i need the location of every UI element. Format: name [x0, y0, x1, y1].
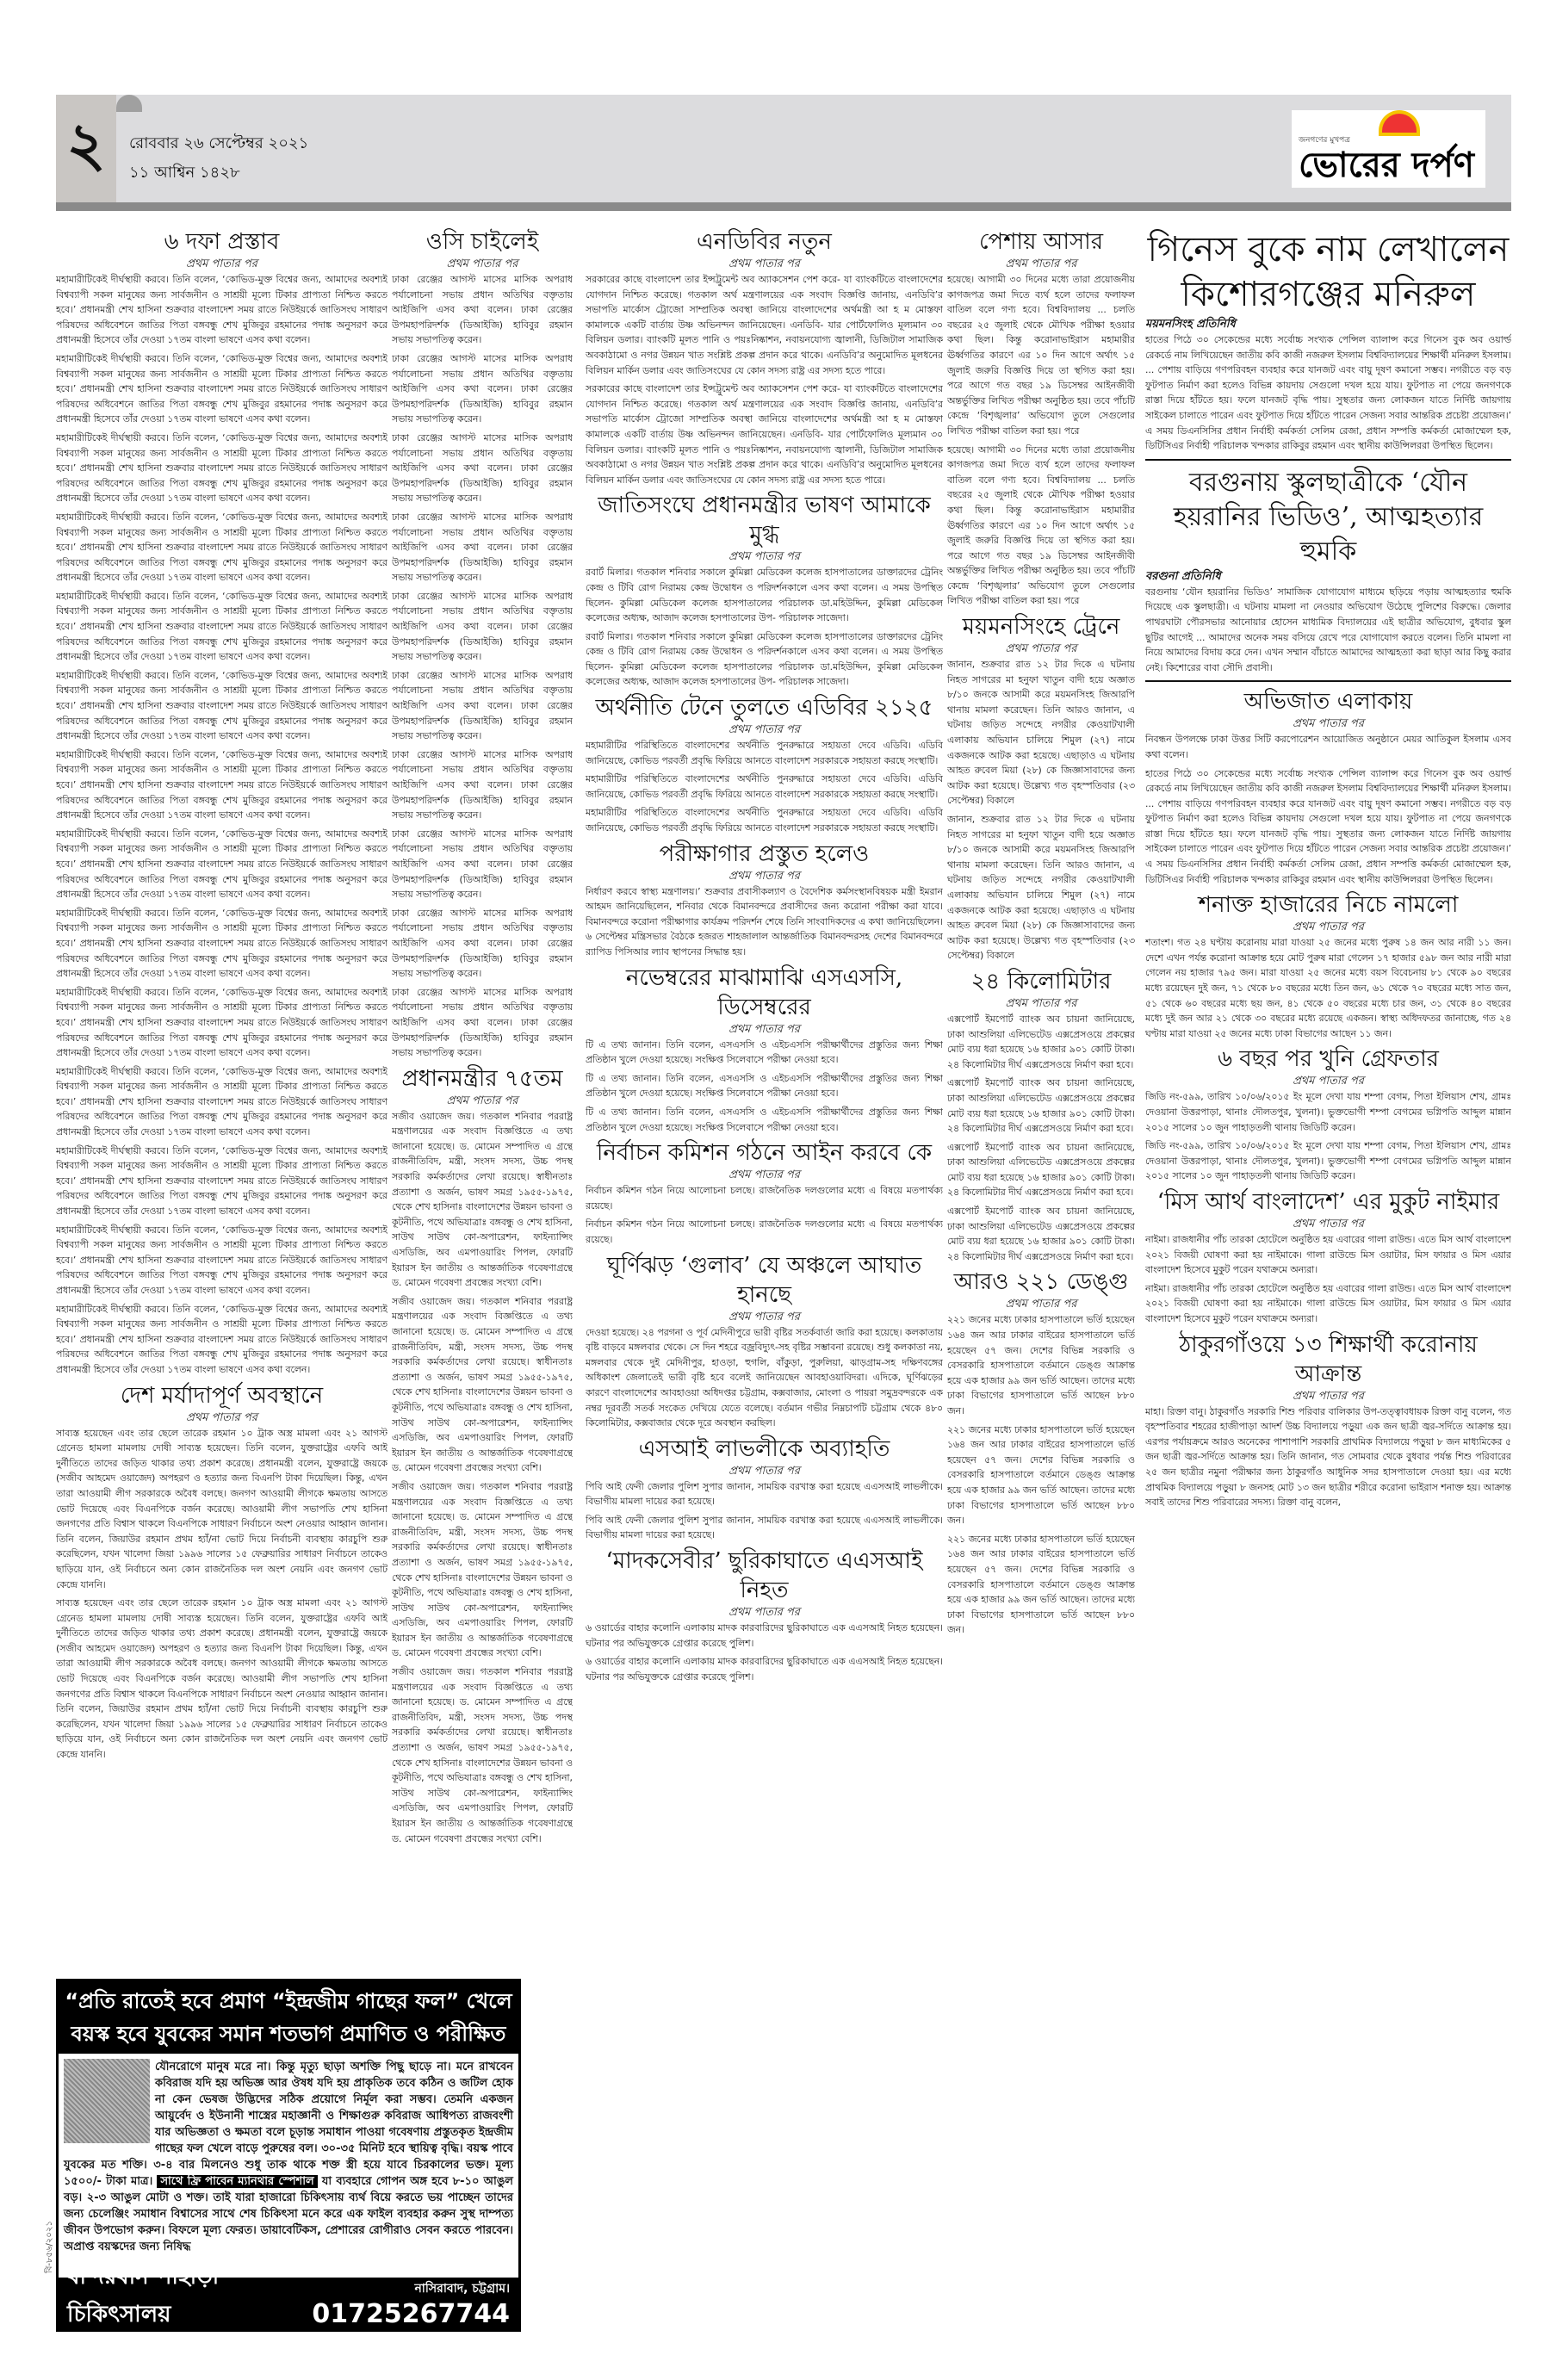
- sun-icon: [1382, 114, 1417, 133]
- ad-photo: [64, 2059, 150, 2143]
- article-body-filler: মহামারীটিকেই দীর্ঘস্থায়ী করবে। তিনি বলে…: [56, 510, 387, 586]
- article-body: হয়েছে। আগামী ৩০ দিনের মধ্যে তারা প্রয়ো…: [947, 272, 1135, 439]
- article-body-filler: এক্সপোর্ট ইমপোর্ট ব্যাংক অব চায়না জানিয…: [947, 1075, 1135, 1136]
- continuation-label: প্রথম পাতার পর: [586, 722, 943, 738]
- article-body-filler: মহামারীটির পরিস্থিতিতে বাংলাদেশের অর্থনী…: [586, 805, 943, 835]
- article-body: জিডি নং-৫৯৯, তারিখ ১০/০৬/২০১৫ ইং মূলে দে…: [1145, 1089, 1511, 1135]
- headline-ndb-new[interactable]: এনডিবির নতুন: [586, 227, 943, 257]
- continuation-label: প্রথম পাতার পর: [586, 1022, 943, 1038]
- article-body-filler: সজীব ওয়াজেদ জয়। গতকাল শনিবার পররাষ্ট্র…: [392, 1479, 573, 1661]
- article-body-filler: মহামারীটির পরিস্থিতিতে বাংলাদেশের অর্থনী…: [586, 772, 943, 802]
- logo-name: ভোরের দর্পণ: [1299, 146, 1474, 184]
- article-body: সরকারের কাছে বাংলাদেশ তার ইন্সট্রুমেন্ট …: [586, 272, 943, 378]
- article-body: মহামারীটিকেই দীর্ঘস্থায়ী করবে। তিনি বলে…: [56, 272, 387, 348]
- ad-code: বি-৮৫৬/২০২১: [43, 2221, 58, 2273]
- article-body: ঢাকা রেঞ্জের আগস্ট মাসের মাসিক অপরাধ পর্…: [392, 272, 573, 348]
- article-body-filler: ঢাকা রেঞ্জের আগস্ট মাসের মাসিক অপরাধ পর্…: [392, 510, 573, 586]
- article-body-filler: ঢাকা রেঞ্জের আগস্ট মাসের মাসিক অপরাধ পর্…: [392, 351, 573, 427]
- continuation-label: প্রথম পাতার পর: [586, 869, 943, 884]
- article-body: মাহা। রিক্তা বানু। ঠাকুরগাঁও সরকারি শিশু…: [1145, 1404, 1511, 1510]
- article-body-filler: সরকারের কাছে বাংলাদেশ তার ইন্সট্রুমেন্ট …: [586, 381, 943, 487]
- headline-asi-lovely[interactable]: এসআই লাভলীকে অব্যাহতি: [586, 1435, 943, 1464]
- ad-highlight: সাথে ফ্রি পাবেন ম্যানথার স্পেশাল: [157, 2175, 317, 2188]
- continuation-label: প্রথম পাতার পর: [1145, 920, 1511, 935]
- divider: [1145, 680, 1511, 682]
- column-1: ৬ দফা প্রস্তাব প্রথম পাতার পর মহামারীটিক…: [56, 224, 387, 1972]
- article-body: নির্বাচন কমিশন গঠন নিয়ে আলোচনা চলছে। রা…: [586, 1183, 943, 1213]
- article-body: সাব্যস্ত হয়েছেন এবং তার ছেলে তারেক রহমা…: [56, 1426, 387, 1593]
- headline-barguna-video[interactable]: বরগুনায় স্কুলছাত্রীকে ‘যৌন হয়রানির ভিড…: [1145, 466, 1511, 569]
- ad-headline: “প্রতি রাতেই হবে প্রমাণ “ইন্দ্রজীম গাছের…: [59, 1981, 518, 2054]
- article-body-filler: নির্বাচন কমিশন গঠন নিয়ে আলোচনা চলছে। রা…: [586, 1217, 943, 1247]
- continuation-label: প্রথম পাতার পর: [1145, 1074, 1511, 1089]
- article-body-filler: মহামারীটিকেই দীর্ঘস্থায়ী করবে। তিনি বলে…: [56, 1223, 387, 1298]
- continuation-label: প্রথম পাতার পর: [1145, 1217, 1511, 1232]
- article-body-filler: ঢাকা রেঞ্জের আগস্ট মাসের মাসিক অপরাধ পর্…: [392, 589, 573, 665]
- byline: বরগুনা প্রতিনিধি: [1145, 569, 1511, 585]
- article-body-filler: মহামারীটিকেই দীর্ঘস্থায়ী করবে। তিনি বলে…: [56, 1144, 387, 1219]
- article-body-filler: সজীব ওয়াজেদ জয়। গতকাল শনিবার পররাষ্ট্র…: [392, 1294, 573, 1476]
- article-body-filler: ২২১ জনের মধ্যে ঢাকার হাসপাতালে ভর্তি হয়…: [947, 1532, 1135, 1638]
- headline-adb-economy[interactable]: অর্থনীতি টেনে তুলতে এডিবির ২১২৫: [586, 693, 943, 722]
- continuation-label: প্রথম পাতার পর: [1145, 1389, 1511, 1404]
- article-body-filler: ২২১ জনের মধ্যে ঢাকার হাসপাতালে ভর্তি হয়…: [947, 1422, 1135, 1528]
- continuation-label: প্রথম পাতার পর: [586, 1605, 943, 1621]
- date-gregorian: রোববার ২৬ সেপ্টেম্বর ২০২১: [129, 129, 308, 158]
- headline-miss-earth[interactable]: ‘মিস আর্থ বাংলাদেশ’ এর মুকুট নাইমার: [1145, 1187, 1511, 1217]
- byline: ময়মনসিংহ প্রতিনিধি: [1145, 317, 1511, 332]
- article-body: জানান, শুক্রবার রাত ১২ টার দিকে এ ঘটনায়…: [947, 657, 1135, 809]
- article-body-filler: ঢাকা রেঞ্জের আগস্ট মাসের মাসিক অপরাধ পর্…: [392, 827, 573, 902]
- continuation-label: প্রথম পাতার পর: [56, 1410, 387, 1426]
- masthead: ২ রোববার ২৬ সেপ্টেম্বর ২০২১ ১১ আশ্বিন ১৪…: [56, 95, 1511, 211]
- article-body-filler: মহামারীটিকেই দীর্ঘস্থায়ী করবে। তিনি বলে…: [56, 431, 387, 506]
- article-body-filler: মহামারীটিকেই দীর্ঘস্থায়ী করবে। তিনি বলে…: [56, 589, 387, 665]
- article-body-filler: ৬ ওয়ার্ডের বাহার কলোনি এলাকায় মাদক কার…: [586, 1654, 943, 1684]
- headline-six-point[interactable]: ৬ দফা প্রস্তাব: [56, 227, 387, 257]
- article-body-filler: এক্সপোর্ট ইমপোর্ট ব্যাংক অব চায়না জানিয…: [947, 1204, 1135, 1264]
- article-body-filler: নাইমা। রাজধানীর পাঁচ তারকা হোটেলে অনুষ্ঠ…: [1145, 1281, 1511, 1327]
- continuation-label: প্রথম পাতার পর: [586, 1464, 943, 1479]
- issue-date: রোববার ২৬ সেপ্টেম্বর ২০২১ ১১ আশ্বিন ১৪২৮: [129, 129, 308, 188]
- article-body: ২২১ জনের মধ্যে ঢাকার হাসপাতালে ভর্তি হয়…: [947, 1312, 1135, 1418]
- article-body: এক্সপোর্ট ইমপোর্ট ব্যাংক অব চায়না জানিয…: [947, 1012, 1135, 1072]
- headline-lab-ready[interactable]: পরীক্ষাগার প্রস্তুত হলেও: [586, 840, 943, 869]
- headline-addict-stab[interactable]: ‘মাদকসেবীর’ ছুরিকাঘাতে এএসআই নিহত: [586, 1546, 943, 1605]
- article-body: সজীব ওয়াজেদ জয়। গতকাল শনিবার পররাষ্ট্র…: [392, 1109, 573, 1291]
- page-number: ২: [56, 95, 116, 202]
- article-body: নিবন্ধন উপলক্ষে ঢাকা উত্তর সিটি করপোরেশন…: [1145, 732, 1511, 762]
- headline-un-speech[interactable]: জাতিসংঘে প্রধানমন্ত্রীর ভাষণ আমাকে মুগ্ধ: [586, 491, 943, 549]
- column-5: গিনেস বুকে নাম লেখালেন কিশোরগঞ্জের মনিরু…: [1145, 224, 1511, 2325]
- headline-oc-wants[interactable]: ওসি চাইলেই: [392, 227, 573, 257]
- continuation-label: প্রথম পাতার পর: [947, 257, 1135, 272]
- ad-clinic-name: বান্দরবান পাহাড়ী চিকিৎসালয়: [67, 2259, 312, 2334]
- article-body-filler: মহামারীটিকেই দীর্ঘস্থায়ী করবে। তিনি বলে…: [56, 351, 387, 427]
- headline-below-thousand[interactable]: শনাক্ত হাজারের নিচে নামলো: [1145, 890, 1511, 920]
- article-body: টি এ তথ্য জানান। তিনি বলেন, এসএসসি ও এইচ…: [586, 1038, 943, 1068]
- article-body-filler: টি এ তথ্য জানান। তিনি বলেন, এসএসসি ও এইচ…: [586, 1071, 943, 1101]
- headline-pm-75th[interactable]: প্রধানমন্ত্রীর ৭৫তম: [392, 1064, 573, 1094]
- article-body-filler: মহামারীটিকেই দীর্ঘস্থায়ী করবে। তিনি বলে…: [56, 827, 387, 902]
- article-body-filler: ঢাকা রেঞ্জের আগস্ট মাসের মাসিক অপরাধ পর্…: [392, 431, 573, 506]
- headline-profession-hope[interactable]: পেশায় আসার: [947, 227, 1135, 257]
- continuation-label: প্রথম পাতার পর: [586, 257, 943, 272]
- column-4: পেশায় আসার প্রথম পাতার পর হয়েছে। আগামী…: [947, 224, 1135, 2325]
- headline-elite-area[interactable]: অভিজাত এলাকায়: [1145, 687, 1511, 716]
- article-body-filler: ঢাকা রেঞ্জের আগস্ট মাসের মাসিক অপরাধ পর্…: [392, 906, 573, 982]
- article-body: মহামারীটির পরিস্থিতিতে বাংলাদেশের অর্থনী…: [586, 738, 943, 768]
- article-body: নির্ধারণ করবে স্বাস্থ্য মন্ত্রণালয়।’ শু…: [586, 884, 943, 960]
- continuation-label: প্রথম পাতার পর: [392, 257, 573, 272]
- article-body-filler: মহামারীটিকেই দীর্ঘস্থায়ী করবে। তিনি বলে…: [56, 906, 387, 982]
- article-body-filler: জানান, শুক্রবার রাত ১২ টার দিকে এ ঘটনায়…: [947, 812, 1135, 964]
- advertisement[interactable]: “প্রতি রাতেই হবে প্রমাণ “ইন্দ্রজীম গাছের…: [56, 1979, 521, 2332]
- headline-dengue-221[interactable]: আরও ২২১ ডেঙ্গু: [947, 1267, 1135, 1297]
- ad-address: নাসিরাবাদ, চট্টগ্রাম।: [312, 2278, 510, 2299]
- continuation-label: প্রথম পাতার পর: [586, 1168, 943, 1183]
- article-body: হাতের পিঠে ৩০ সেকেন্ডের মধ্যে সর্বোচ্চ স…: [1145, 332, 1511, 454]
- continuation-label: প্রথম পাতার পর: [586, 1310, 943, 1325]
- article-body-filler: ঢাকা রেঞ্জের আগস্ট মাসের মাসিক অপরাধ পর্…: [392, 985, 573, 1061]
- article-body-filler: জিডি নং-৫৯৯, তারিখ ১০/০৬/২০১৫ ইং মূলে দে…: [1145, 1138, 1511, 1184]
- article-body-filler: মহামারীটিকেই দীর্ঘস্থায়ী করবে। তিনি বলে…: [56, 1064, 387, 1140]
- article-body-filler: ঢাকা রেঞ্জের আগস্ট মাসের মাসিক অপরাধ পর্…: [392, 747, 573, 823]
- continuation-label: প্রথম পাতার পর: [1145, 716, 1511, 732]
- article-body-filler: মহামারীটিকেই দীর্ঘস্থায়ী করবে। তিনি বলে…: [56, 668, 387, 744]
- ad-headline-line-2: বয়স্ক হবে যুবকের সমান শতভাগ প্রমাণিত ও …: [62, 2017, 515, 2050]
- continuation-label: প্রথম পাতার পর: [947, 641, 1135, 657]
- article-body-filler: মহামারীটিকেই দীর্ঘস্থায়ী করবে। তিনি বলে…: [56, 747, 387, 823]
- article-body: সাব্যস্ত হয়েছেন এবং তার ছেলে তারেক রহমা…: [56, 1596, 387, 1763]
- headline-thakurgaon-students[interactable]: ঠাকুরগাঁওয়ে ১৩ শিক্ষার্থী করোনায় আক্রা…: [1145, 1330, 1511, 1389]
- article-body: ৬ ওয়ার্ডের বাহার কলোনি এলাকায় মাদক কার…: [586, 1621, 943, 1651]
- headline-km-24[interactable]: ২৪ কিলোমিটার: [947, 967, 1135, 996]
- article-body-filler: টি এ তথ্য জানান। তিনি বলেন, এসএসসি ও এইচ…: [586, 1105, 943, 1135]
- headline-cyclone-gulab[interactable]: ঘূর্ণিঝড় ‘গুলাব’ যে অঞ্চলে আঘাত হানছে: [586, 1251, 943, 1310]
- article-body-filler: হাতের পিঠে ৩০ সেকেন্ডের মধ্যে সর্বোচ্চ স…: [1145, 766, 1511, 888]
- article-body: রবার্ট মিলার। গতকাল শনিবার সকালে কুমিল্ল…: [586, 565, 943, 625]
- headline-killer-arrested[interactable]: ৬ বছর পর খুনি গ্রেফতার: [1145, 1044, 1511, 1074]
- article-body-filler: রবার্ট মিলার। গতকাল শনিবার সকালে কুমিল্ল…: [586, 629, 943, 690]
- article-body-filler: এক্সপোর্ট ইমপোর্ট ব্যাংক অব চায়না জানিয…: [947, 1140, 1135, 1200]
- article-body-filler: মহামারীটিকেই দীর্ঘস্থায়ী করবে। তিনি বলে…: [56, 985, 387, 1061]
- divider: [1145, 459, 1511, 461]
- article-body: পিবি আই ফেনী জেলার পুলিশ সুপার জানান, সা…: [586, 1479, 943, 1509]
- article-body-filler: সজীব ওয়াজেদ জয়। গতকাল শনিবার পররাষ্ট্র…: [392, 1664, 573, 1846]
- ad-phone[interactable]: 01725267744: [312, 2299, 510, 2329]
- continuation-label: প্রথম পাতার পর: [947, 996, 1135, 1012]
- headline-ssc-november[interactable]: নভেম্বরের মাঝামাঝি এসএসসি, ডিসেম্বরের: [586, 964, 943, 1022]
- article-body: শতাংশ। গত ২৪ ঘণ্টায় করোনায় মারা যাওয়া…: [1145, 935, 1511, 1041]
- article-body-filler: ঢাকা রেঞ্জের আগস্ট মাসের মাসিক অপরাধ পর্…: [392, 668, 573, 744]
- continuation-label: প্রথম পাতার পর: [586, 549, 943, 565]
- date-bangla: ১১ আশ্বিন ১৪২৮: [129, 158, 308, 188]
- article-body: নাইমা। রাজধানীর পাঁচ তারকা হোটেলে অনুষ্ঠ…: [1145, 1232, 1511, 1278]
- headline-mymensingh-train[interactable]: ময়মনসিংহে ট্রেনে: [947, 612, 1135, 641]
- article-body-filler: হয়েছে। আগামী ৩০ দিনের মধ্যে তারা প্রয়ো…: [947, 443, 1135, 610]
- headline-guinness[interactable]: গিনেস বুকে নাম লেখালেন কিশোরগঞ্জের মনিরু…: [1145, 227, 1511, 317]
- article-body-filler: মহামারীটিকেই দীর্ঘস্থায়ী করবে। তিনি বলে…: [56, 1302, 387, 1378]
- continuation-label: প্রথম পাতার পর: [392, 1094, 573, 1109]
- article-body: বরগুনায় ‘যৌন হয়রানির ভিডিও’ সামাজিক যো…: [1145, 585, 1511, 676]
- ad-footer: বান্দরবান পাহাড়ী চিকিৎসালয় বিশিষ্ট পার…: [59, 2278, 518, 2329]
- continuation-label: প্রথম পাতার পর: [947, 1297, 1135, 1312]
- ad-headline-line-1: “প্রতি রাতেই হবে প্রমাণ “ইন্দ্রজীম গাছের…: [62, 1985, 515, 2017]
- continuation-label: প্রথম পাতার পর: [56, 257, 387, 272]
- ad-clinic-tagline: বিশিষ্ট পার্বত্যাঞ্চলীয় ঔষধ পরিবেশনা কে…: [67, 2334, 312, 2349]
- headline-election-commission[interactable]: নির্বাচন কমিশন গঠনে আইন করবে কে: [586, 1138, 943, 1168]
- column-2: ওসি চাইলেই প্রথম পাতার পর ঢাকা রেঞ্জের আ…: [392, 224, 573, 1972]
- headline-dignified-position[interactable]: দেশ মর্যাদাপূর্ণ অবস্থানে: [56, 1381, 387, 1410]
- newspaper-logo[interactable]: জনগণের মুখপত্র ভোরের দর্পণ: [1292, 110, 1485, 188]
- article-body: দেওয়া হয়েছে। ২৪ পরগনা ও পূর্ব মেদিনীপু…: [586, 1325, 943, 1431]
- page-curl-decoration: [116, 95, 142, 112]
- article-body-filler: পিবি আই ফেনী জেলার পুলিশ সুপার জানান, সা…: [586, 1513, 943, 1543]
- column-3: এনডিবির নতুন প্রথম পাতার পর সরকারের কাছে…: [586, 224, 943, 2325]
- ad-body: যৌনরোগে মানুষ মরে না। কিন্তু মৃত্যু ছাড়…: [59, 2054, 518, 2260]
